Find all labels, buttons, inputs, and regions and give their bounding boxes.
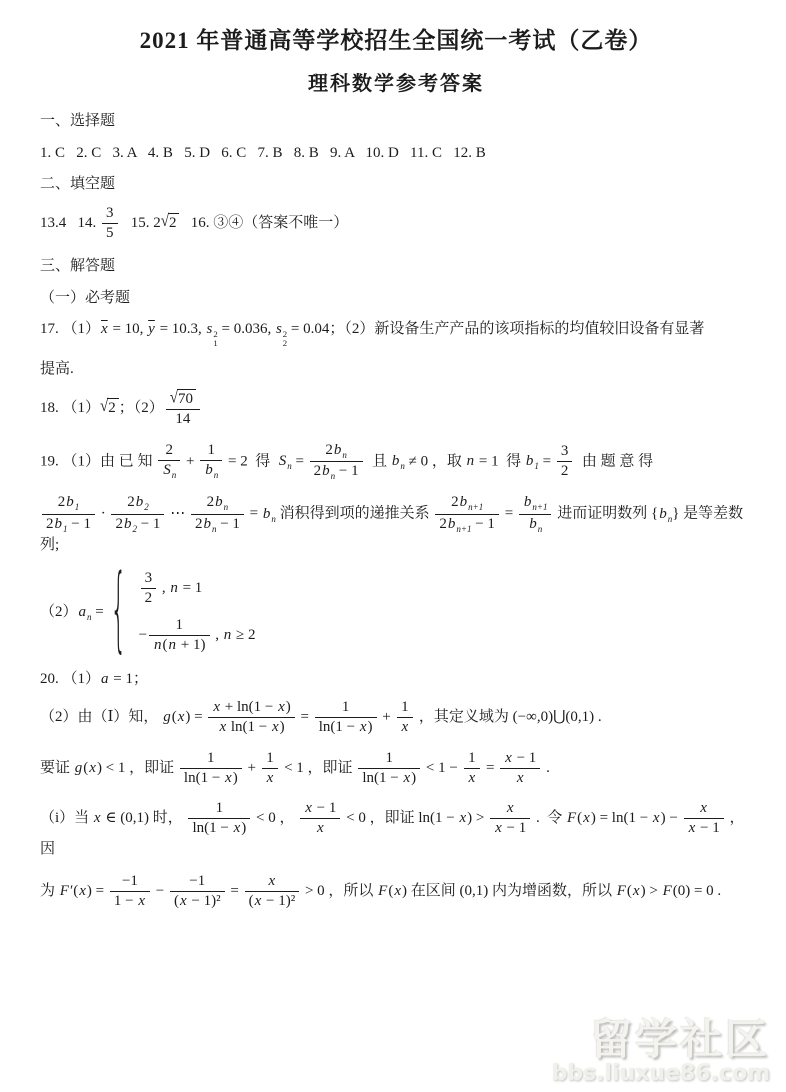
math-cases-row: −1n(n + 1) , n ≥ 2 — [139, 617, 256, 655]
answer-19-step-2: 2b12b1 − 1 · 2b22b2 − 1 ⋯ 2bn2bn − 1 = b… — [40, 494, 752, 556]
math-var-subscript: bn — [321, 463, 335, 479]
math-var-subscript: b1 — [54, 516, 68, 532]
section-choice-heading: 一、选择题 — [40, 110, 752, 133]
math-fraction: 2b22b2 − 1 — [111, 494, 164, 534]
math-var: F — [662, 883, 673, 899]
math-var-subscript: bn — [658, 506, 672, 522]
math-var-subscript: b2 — [123, 516, 137, 532]
math-var-overline: x — [100, 321, 109, 337]
watermark: 留学社区 bbs.liuxue86.com — [551, 1019, 770, 1086]
radical-icon: √ — [100, 395, 108, 420]
math-var: x — [688, 820, 697, 836]
math-var: F — [566, 810, 577, 826]
answer-20-step-2: （2）由（Ⅰ）知， g(x) = x + ln(1 − x)x ln(1 − x… — [40, 699, 752, 737]
math-var: x — [401, 719, 410, 735]
math-fraction: 2bn2bn − 1 — [191, 494, 244, 534]
math-var: x — [494, 820, 503, 836]
math-var-subscript: bn — [333, 442, 347, 458]
part-required-heading: （一）必考题 — [40, 287, 752, 310]
section-solution-heading: 三、解答题 — [40, 255, 752, 278]
brace-icon: { — [111, 566, 127, 659]
math-var: x — [233, 820, 242, 836]
choice-answers: 1. C 2. C 3. A 4. B 5. D 6. C 7. B 8. B … — [40, 142, 752, 165]
math-sqrt: √70 — [170, 391, 196, 407]
math-fraction: 1n(n + 1) — [149, 617, 209, 655]
math-var: n — [153, 637, 163, 653]
document-subtitle: 理科数学参考答案 — [40, 67, 752, 96]
math-fraction: 1x — [397, 699, 414, 737]
radical-icon: √ — [161, 209, 169, 234]
math-var: x — [304, 800, 313, 816]
math-fraction: x + ln(1 − x)x ln(1 − x) — [208, 699, 294, 737]
watermark-site-url: bbs.liuxue86.com — [551, 1062, 770, 1086]
math-var-subscript: bn — [391, 453, 405, 469]
math-var: n — [466, 453, 476, 469]
math-cases-row: 32 , n = 1 — [139, 570, 256, 608]
math-var: n — [168, 637, 178, 653]
math-fraction: 1x — [464, 750, 481, 788]
math-var: x — [88, 760, 97, 776]
math-fraction: −1(x − 1)² — [170, 873, 225, 911]
math-var: x — [78, 883, 87, 899]
math-var-subscript: bn — [202, 516, 216, 532]
answer-18: 18. （1）√2；（2）√7014 — [40, 389, 752, 429]
math-var-subscript: Sn — [162, 462, 176, 478]
math-var-subscript: bn+1 — [459, 494, 484, 510]
answer-lines: 一、选择题1. C 2. C 3. A 4. B 5. D 6. C 7. B … — [40, 110, 752, 911]
math-fraction: 35 — [102, 205, 118, 243]
watermark-site-name: 留学社区 — [551, 1019, 770, 1061]
math-var: F — [616, 883, 627, 899]
math-sqrt: √2 — [161, 215, 180, 231]
document-title: 2021 年普通高等学校招生全国统一考试（乙卷） — [40, 22, 752, 55]
math-fraction: x − 1x — [300, 800, 340, 838]
math-var-subscript: b2 — [135, 494, 149, 510]
math-var: x — [212, 699, 221, 715]
math-fraction: 1x — [262, 750, 279, 788]
math-var: x — [177, 709, 186, 725]
math-var: x — [582, 810, 591, 826]
math-fraction: x(x − 1)² — [245, 873, 300, 911]
answer-17-line-1: 17. （1）x = 10, y = 10.3, s21 = 0.036, s2… — [40, 318, 752, 349]
answer-19-step-1: 19. （1）由 已 知 2Sn + 1bn = 2 得 Sn = 2bn2bn… — [40, 442, 752, 482]
math-var: x — [359, 719, 368, 735]
math-var: x — [316, 820, 325, 836]
math-var: F — [377, 883, 388, 899]
answer-20-step-3: 要证 g(x) < 1 ，即证 1ln(1 − x) + 1x < 1 ，即证 … — [40, 750, 752, 788]
math-fraction: 2Sn — [158, 442, 180, 481]
math-var-subscript: bn — [214, 494, 228, 510]
answer-20-step-5: 为 F′(x) = −11 − x − −1(x − 1)² = x(x − 1… — [40, 873, 752, 911]
math-var: x — [137, 893, 146, 909]
answer-20-step-4: （i）当 x ∈ (0,1) 时， 1ln(1 − x) < 0 ， x − 1… — [40, 800, 752, 860]
answer-19-step-3: （2）an = {32 , n = 1−1n(n + 1) , n ≥ 2 — [40, 570, 752, 655]
math-var-supsub: s22 — [275, 321, 287, 337]
math-var: x — [468, 770, 477, 786]
radical-icon: √ — [170, 389, 178, 408]
math-fraction: xx − 1 — [490, 800, 530, 838]
math-fraction: 2b12b1 − 1 — [42, 494, 95, 534]
math-var: x — [266, 770, 275, 786]
math-var: x — [699, 800, 708, 816]
math-var-subscript: bn — [204, 462, 218, 478]
math-var: x — [179, 893, 188, 909]
math-var: n — [223, 627, 233, 643]
math-var: x — [268, 873, 277, 889]
math-var: x — [271, 719, 280, 735]
math-fraction: 32 — [141, 570, 157, 608]
math-fraction: 32 — [557, 443, 573, 481]
math-fraction: 1ln(1 − x) — [358, 750, 420, 788]
math-fraction: 1ln(1 − x) — [315, 699, 377, 737]
math-var: x — [516, 770, 525, 786]
math-var-subscript: b1 — [65, 494, 79, 510]
math-var: x — [254, 893, 263, 909]
math-var-subscript: bn — [262, 506, 276, 522]
math-fraction: 2bn2bn − 1 — [310, 442, 363, 482]
math-var: a — [100, 671, 110, 687]
math-var: x — [218, 719, 227, 735]
math-var-subscript: an — [78, 604, 92, 620]
math-var: x — [393, 883, 402, 899]
math-var: n — [169, 580, 179, 596]
document-page: 2021 年普通高等学校招生全国统一考试（乙卷） 理科数学参考答案 一、选择题1… — [0, 0, 786, 1092]
math-var-subscript: bn+1 — [523, 494, 548, 510]
answer-20-step-1: 20. （1）a = 1； — [40, 668, 752, 691]
math-fraction: √7014 — [166, 389, 200, 429]
math-var: x — [652, 810, 661, 826]
math-var-subscript: bn — [528, 516, 542, 532]
math-var: x — [93, 810, 102, 826]
math-var-overline: y — [147, 321, 156, 337]
math-fraction: 1bn — [200, 442, 222, 481]
section-fill-heading: 二、填空题 — [40, 173, 752, 196]
math-var: F — [59, 883, 70, 899]
math-fraction: x − 1x — [500, 750, 540, 788]
math-var: x — [504, 750, 513, 766]
answer-17-line-2: 提高. — [40, 358, 752, 381]
math-var: x — [506, 800, 515, 816]
math-var: g — [74, 760, 84, 776]
math-var-subscript: b1 — [525, 453, 539, 469]
math-var: x — [224, 770, 233, 786]
math-var-subscript: Sn — [278, 453, 292, 469]
math-var-supsub: s21 — [206, 321, 218, 337]
math-fraction: 2bn+12bn+1 − 1 — [435, 494, 499, 534]
math-fraction: −11 − x — [110, 873, 150, 911]
math-fraction: 1ln(1 − x) — [188, 800, 250, 838]
math-fraction: xx − 1 — [684, 800, 724, 838]
math-fraction: 1ln(1 − x) — [180, 750, 242, 788]
math-var: x — [458, 810, 467, 826]
math-var: g — [162, 709, 172, 725]
fill-answers: 13.4 14. 35 15. 2√2 16. ③④（答案不唯一） — [40, 205, 752, 243]
math-var: x — [277, 699, 286, 715]
math-cases: {32 , n = 1−1n(n + 1) , n ≥ 2 — [107, 570, 255, 655]
math-var: x — [402, 770, 411, 786]
math-var-subscript: bn+1 — [447, 516, 472, 532]
math-var: x — [632, 883, 641, 899]
math-sqrt: √2 — [100, 400, 119, 416]
math-fraction: bn+1bn — [519, 494, 552, 534]
